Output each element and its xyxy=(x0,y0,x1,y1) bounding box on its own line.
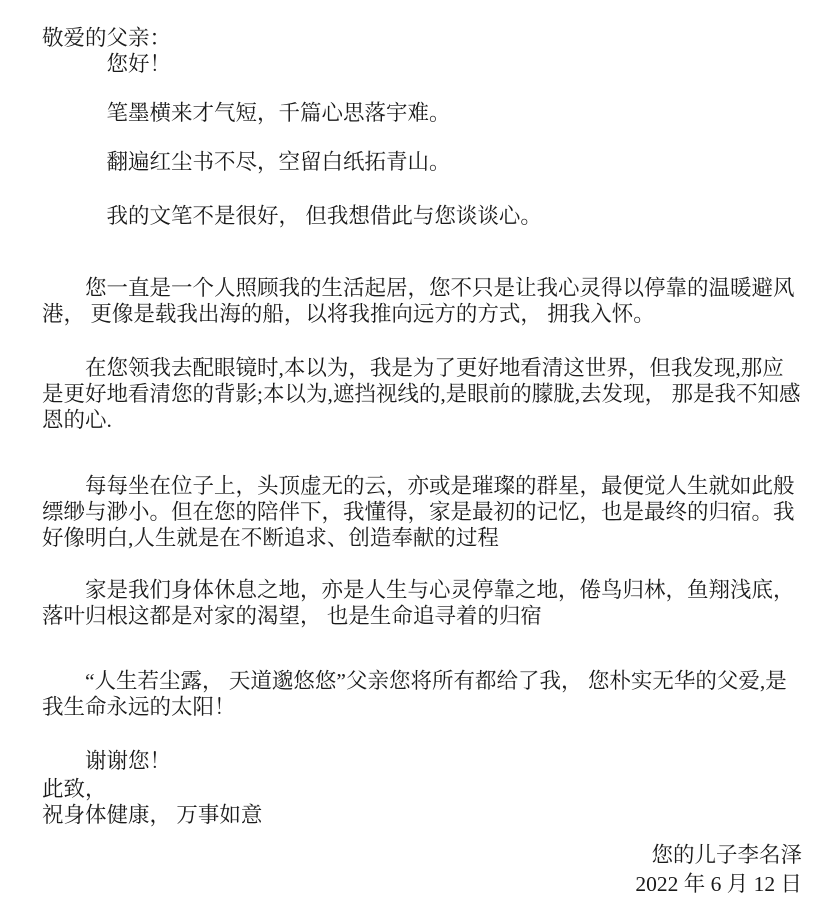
letter-intro-line: 我的文笔不是很好， 但我想借此与您谈谈心。 xyxy=(42,203,802,229)
letter-salutation: 敬爱的父亲： xyxy=(42,25,802,51)
letter-paragraph-1: 您一直是一个人照顾我的生活起居，您不只是让我心灵得以停靠的温暖避风港， 更像是载… xyxy=(42,275,802,327)
letter-date: 2022 年 6 月 12 日 xyxy=(42,871,802,897)
letter-greeting: 您好！ xyxy=(42,51,802,77)
letter-paragraph-4: 家是我们身体休息之地，亦是人生与心灵停靠之地，倦鸟归林，鱼翔浅底，落叶归根这都是… xyxy=(42,577,802,629)
poem-line-2: 翻遍红尘书不尽，空留白纸拓青山。 xyxy=(42,149,802,175)
letter-paragraph-3: 每每坐在位子上，头顶虚无的云，亦或是璀璨的群星，最便觉人生就如此般缥缈与渺小。但… xyxy=(42,473,802,551)
letter-paragraph-2: 在您领我去配眼镜时,本以为，我是为了更好地看清这世界，但我发现,那应是更好地看清… xyxy=(42,355,802,433)
letter-paragraph-5: “人生若尘露， 天道邈悠悠”父亲您将所有都给了我， 您朴实无华的父爱,是我生命永… xyxy=(42,668,802,720)
letter-thanks: 谢谢您！ xyxy=(42,748,802,774)
letter-wish: 祝身体健康， 万事如意 xyxy=(42,802,802,828)
letter-page: 敬爱的父亲： 您好！ 笔墨横来才气短，千篇心思落宇难。 翻遍红尘书不尽，空留白纸… xyxy=(0,0,833,911)
letter-signature: 您的儿子李名泽 xyxy=(42,842,802,868)
poem-line-1: 笔墨横来才气短，千篇心思落宇难。 xyxy=(42,100,802,126)
letter-closing: 此致， xyxy=(42,776,802,802)
